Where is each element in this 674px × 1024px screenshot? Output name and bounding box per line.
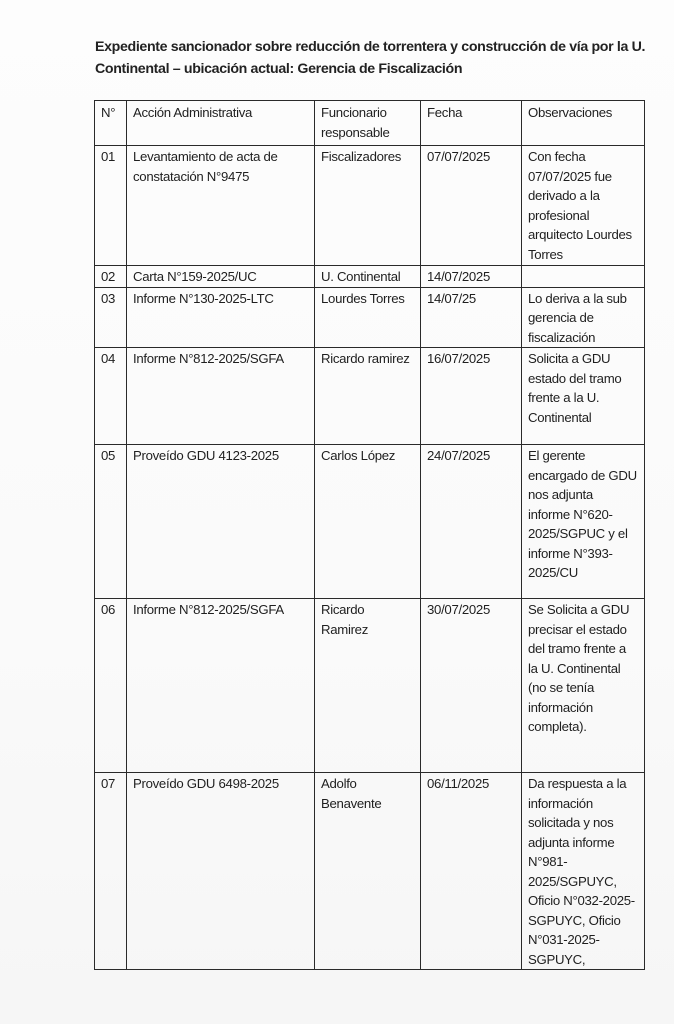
cell-date: 24/07/2025 (421, 445, 522, 599)
cell-action: Informe N°812-2025/SGFA (127, 599, 315, 773)
table-row: 04 Informe N°812-2025/SGFA Ricardo ramir… (95, 348, 645, 445)
administrative-actions-table: N° Acción Administrativa Funcionario res… (94, 100, 645, 970)
cell-action: Informe N°812-2025/SGFA (127, 348, 315, 445)
cell-number: 06 (95, 599, 127, 773)
table-row: 03 Informe N°130-2025-LTC Lourdes Torres… (95, 287, 645, 348)
cell-number: 03 (95, 287, 127, 348)
cell-observations: Da respuesta a la información solicitada… (522, 773, 645, 970)
table-header-row: N° Acción Administrativa Funcionario res… (95, 101, 645, 146)
cell-number: 04 (95, 348, 127, 445)
cell-observations: Lo deriva a la sub gerencia de fiscaliza… (522, 287, 645, 348)
cell-official: Fiscalizadores (315, 146, 421, 266)
header-number: N° (95, 101, 127, 146)
cell-observations: Con fecha 07/07/2025 fue derivado a la p… (522, 146, 645, 266)
header-observations: Observaciones (522, 101, 645, 146)
header-date: Fecha (421, 101, 522, 146)
cell-number: 07 (95, 773, 127, 970)
table-row: 01 Levantamiento de acta de constatación… (95, 146, 645, 266)
cell-number: 05 (95, 445, 127, 599)
header-responsible-official: Funcionario responsable (315, 101, 421, 146)
cell-action: Informe N°130-2025-LTC (127, 287, 315, 348)
document-title: Expediente sancionador sobre reducción d… (95, 36, 655, 80)
cell-number: 02 (95, 266, 127, 288)
cell-date: 16/07/2025 (421, 348, 522, 445)
cell-action: Carta N°159-2025/UC (127, 266, 315, 288)
table-row: 06 Informe N°812-2025/SGFA Ricardo Ramir… (95, 599, 645, 773)
document-page: Expediente sancionador sobre reducción d… (0, 0, 674, 1024)
cell-date: 06/11/2025 (421, 773, 522, 970)
cell-official: Carlos López (315, 445, 421, 599)
cell-number: 01 (95, 146, 127, 266)
cell-official: Lourdes Torres (315, 287, 421, 348)
header-administrative-action: Acción Administrativa (127, 101, 315, 146)
cell-action: Levantamiento de acta de constatación N°… (127, 146, 315, 266)
cell-date: 30/07/2025 (421, 599, 522, 773)
cell-date: 14/07/2025 (421, 266, 522, 288)
cell-official: Ricardo ramirez (315, 348, 421, 445)
cell-date: 07/07/2025 (421, 146, 522, 266)
cell-observations: Se Solicita a GDU precisar el estado del… (522, 599, 645, 773)
cell-observations: El gerente encargado de GDU nos adjunta … (522, 445, 645, 599)
table-row: 07 Proveído GDU 6498-2025 Adolfo Benaven… (95, 773, 645, 970)
cell-official: U. Continental (315, 266, 421, 288)
cell-official: Ricardo Ramirez (315, 599, 421, 773)
cell-observations (522, 266, 645, 288)
table-row: 02 Carta N°159-2025/UC U. Continental 14… (95, 266, 645, 288)
cell-date: 14/07/25 (421, 287, 522, 348)
cell-observations: Solicita a GDU estado del tramo frente a… (522, 348, 645, 445)
cell-action: Proveído GDU 6498-2025 (127, 773, 315, 970)
cell-official: Adolfo Benavente (315, 773, 421, 970)
table-row: 05 Proveído GDU 4123-2025 Carlos López 2… (95, 445, 645, 599)
cell-action: Proveído GDU 4123-2025 (127, 445, 315, 599)
